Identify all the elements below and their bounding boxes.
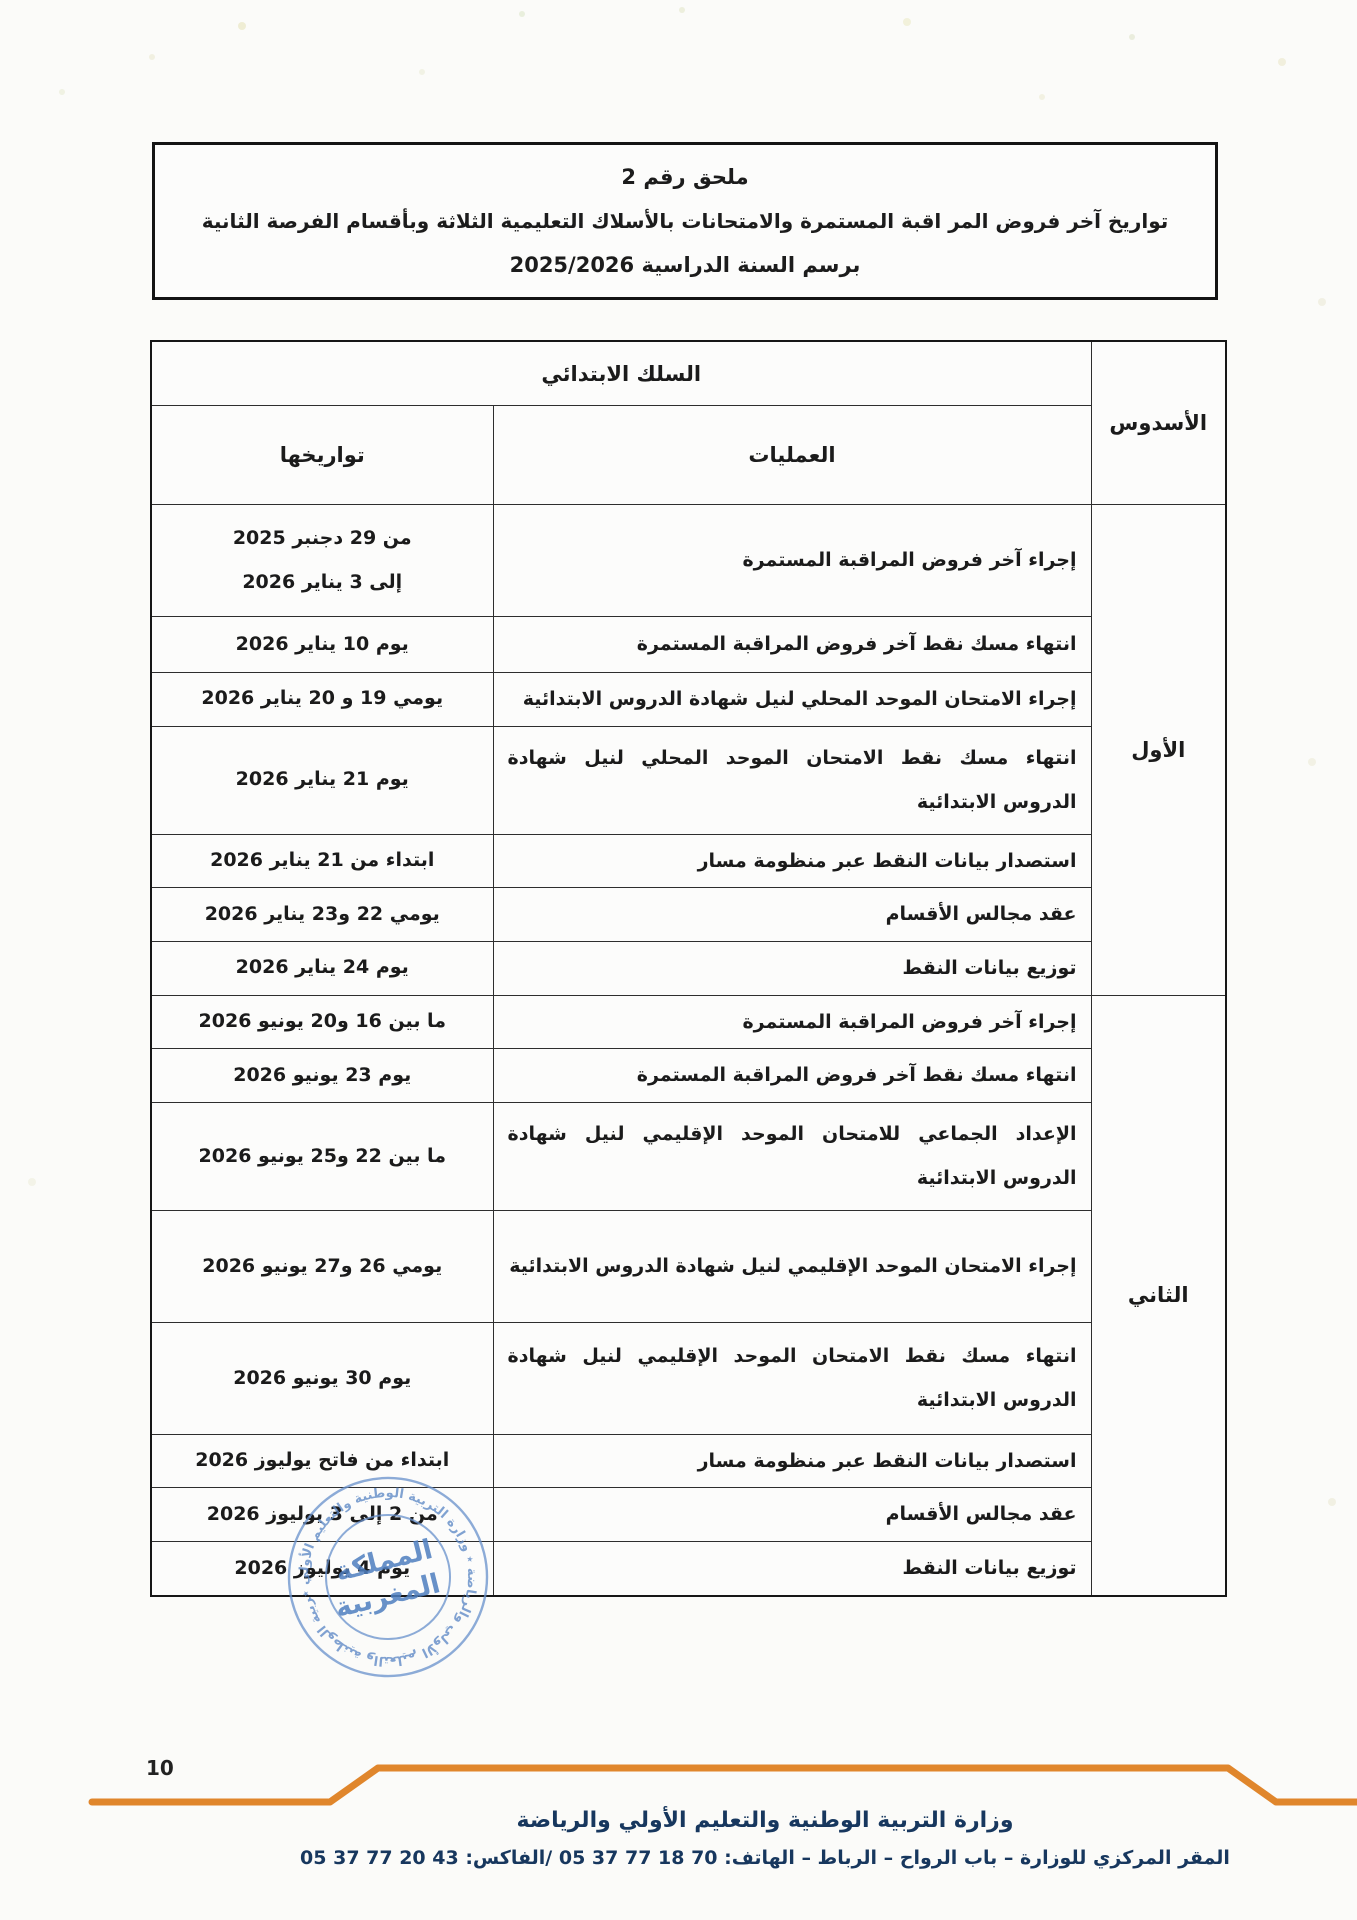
operation-cell: انتهاء مسك نقط الامتحان الموحد الإقليمي … (493, 1322, 1091, 1434)
date-cell: يومي 26 و27 يونيو 2026 (151, 1210, 493, 1322)
operations-column-header: العمليات (493, 406, 1091, 505)
stamp-inner-circle (313, 1502, 463, 1652)
date-cell: يوم 21 يناير 2026 (151, 726, 493, 834)
table-row: إجراء الامتحان الموحد المحلي لنيل شهادة … (151, 673, 1226, 727)
date-cell: من 29 دجنبر 2025 إلى 3 يناير 2026 (151, 505, 493, 617)
table-row: الأول إجراء آخر فروض المراقبة المستمرة م… (151, 505, 1226, 617)
date-cell: ما بين 22 و25 يونيو 2026 (151, 1102, 493, 1210)
ministry-address: المقر المركزي للوزارة – باب الرواح – الر… (180, 1847, 1350, 1869)
table-row: انتهاء مسك نقط آخر فروض المراقبة المستمر… (151, 1049, 1226, 1103)
operation-cell: عقد مجالس الأقسام (493, 888, 1091, 942)
operation-cell: عقد مجالس الأقسام (493, 1488, 1091, 1542)
operation-cell: انتهاء مسك نقط آخر فروض المراقبة المستمر… (493, 1049, 1091, 1103)
table-row: استصدار بيانات النقط عبر منظومة مسار ابت… (151, 834, 1226, 888)
table-row: الإعداد الجماعي للامتحان الموحد الإقليمي… (151, 1102, 1226, 1210)
operation-cell: استصدار بيانات النقط عبر منظومة مسار (493, 1434, 1091, 1488)
date-cell: يوم 24 يناير 2026 (151, 941, 493, 995)
date-cell: ما بين 16 و20 يونيو 2026 (151, 995, 493, 1049)
operation-cell: توزيع بيانات النقط (493, 941, 1091, 995)
operation-cell: إجراء آخر فروض المراقبة المستمرة (493, 995, 1091, 1049)
dates-column-header: تواريخها (151, 406, 493, 505)
appendix-number: ملحق رقم 2 (621, 165, 748, 189)
stamp-ring-text: وزارة التربية الوطنية والتعليم الأولي وا… (283, 1472, 493, 1682)
footer-divider (0, 1756, 1357, 1816)
operation-cell: إجراء الامتحان الموحد الإقليمي لنيل شهاد… (493, 1210, 1091, 1322)
footer: وزارة التربية الوطنية والتعليم الأولي وا… (180, 1808, 1350, 1869)
ministry-stamp: وزارة التربية الوطنية والتعليم الأولي وا… (283, 1472, 493, 1682)
date-cell: يوم 30 يونيو 2026 (151, 1322, 493, 1434)
date-cell: يومي 22 و23 يناير 2026 (151, 888, 493, 942)
date-cell: ابتداء من 21 يناير 2026 (151, 834, 493, 888)
operation-cell: توزيع بيانات النقط (493, 1542, 1091, 1596)
scanned-document-page: ملحق رقم 2 تواريخ آخر فروض المر اقبة الم… (0, 0, 1357, 1920)
academic-year: برسم السنة الدراسية 2025/2026 (510, 253, 861, 277)
scan-noise (0, 0, 4, 4)
operation-cell: انتهاء مسك نقط آخر فروض المراقبة المستمر… (493, 617, 1091, 673)
table-row: عقد مجالس الأقسام يومي 22 و23 يناير 2026 (151, 888, 1226, 942)
table-row: إجراء الامتحان الموحد الإقليمي لنيل شهاد… (151, 1210, 1226, 1322)
table-row: توزيع بيانات النقط يوم 24 يناير 2026 (151, 941, 1226, 995)
document-title-box: ملحق رقم 2 تواريخ آخر فروض المر اقبة الم… (152, 142, 1218, 300)
date-cell: يومي 19 و 20 يناير 2026 (151, 673, 493, 727)
ministry-name: وزارة التربية الوطنية والتعليم الأولي وا… (180, 1808, 1350, 1833)
semester-cell-first: الأول (1091, 505, 1226, 996)
table-row: الثاني إجراء آخر فروض المراقبة المستمرة … (151, 995, 1226, 1049)
semester-cell-second: الثاني (1091, 995, 1226, 1596)
operation-cell: إجراء الامتحان الموحد المحلي لنيل شهادة … (493, 673, 1091, 727)
schedule-table: الأسدوس السلك الابتدائي العمليات تواريخه… (150, 340, 1227, 1597)
table-header-row-1: الأسدوس السلك الابتدائي (151, 341, 1226, 406)
document-title: تواريخ آخر فروض المر اقبة المستمرة والام… (188, 209, 1183, 233)
table-row: انتهاء مسك نقط الامتحان الموحد الإقليمي … (151, 1322, 1226, 1434)
table-row: انتهاء مسك نقط الامتحان الموحد المحلي لن… (151, 726, 1226, 834)
semester-column-header: الأسدوس (1091, 341, 1226, 505)
stamp-outer-circle (283, 1472, 493, 1682)
table-row: انتهاء مسك نقط آخر فروض المراقبة المستمر… (151, 617, 1226, 673)
cycle-header: السلك الابتدائي (151, 341, 1091, 406)
table-header-row-2: العمليات تواريخها (151, 406, 1226, 505)
operation-cell: انتهاء مسك نقط الامتحان الموحد المحلي لن… (493, 726, 1091, 834)
operation-cell: الإعداد الجماعي للامتحان الموحد الإقليمي… (493, 1102, 1091, 1210)
operation-cell: إجراء آخر فروض المراقبة المستمرة (493, 505, 1091, 617)
date-cell: يوم 10 يناير 2026 (151, 617, 493, 673)
date-cell: يوم 23 يونيو 2026 (151, 1049, 493, 1103)
operation-cell: استصدار بيانات النقط عبر منظومة مسار (493, 834, 1091, 888)
